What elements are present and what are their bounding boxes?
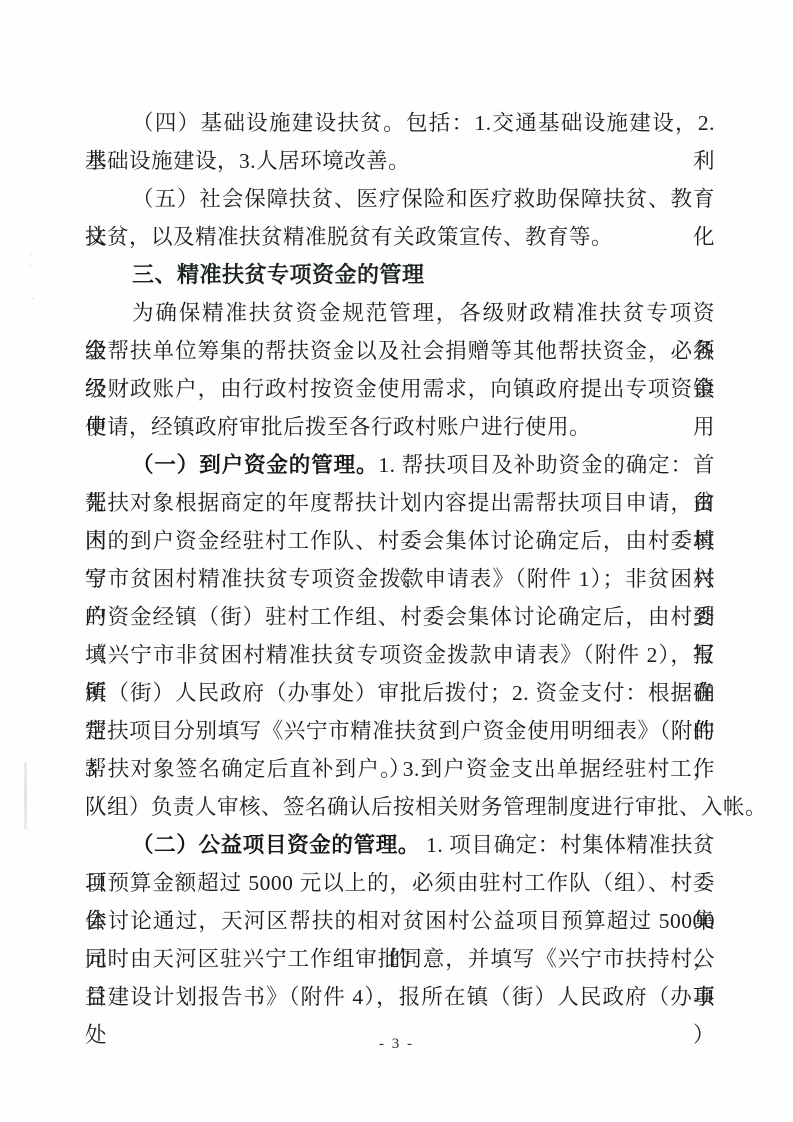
document-line: 户资金经镇（街）驻村工作组、村委会集体讨论确定后，由村委填写: [85, 598, 715, 636]
document-line: （一）到户资金的管理。1. 帮扶项目及补助资金的确定：首先由: [85, 446, 715, 484]
document-page: ´̣ ` （四）基础设施建设扶贫。包括：1.交通基础设施建设，2.水利基础设施建…: [0, 0, 793, 1122]
document-line: （组）负责人审核、签名确认后按相关财务管理制度进行审批、入帐。: [85, 788, 715, 826]
document-line: 级财政账户，由行政村按资金使用需求，向镇政府提出专项资金使用: [85, 370, 715, 408]
scan-artifact: ´̣: [27, 252, 33, 266]
document-line: 内的到户资金经驻村工作队、村委会集体讨论确定后，由村委填写《兴: [85, 522, 715, 560]
section-heading: 三、精准扶贫专项资金的管理: [85, 256, 715, 294]
document-line: （二）公益项目资金的管理。 1. 项目确定：村集体精准扶贫项: [85, 826, 715, 864]
document-line: 体讨论通过，天河区帮扶的相对贫困村公益项目预算超过 50000 元的，: [85, 902, 715, 940]
document-line: 目建设计划报告书》（附件 4），报所在镇（街）人民政府（办事处）: [85, 978, 715, 1016]
document-line: （五）社会保障扶贫、医疗保险和医疗救助保障扶贫、教育文化: [85, 180, 715, 218]
bold-lead: （二）公益项目资金的管理。: [132, 833, 420, 857]
text-block: （四）基础设施建设扶贫。包括：1.交通基础设施建设，2.水利基础设施建设，3.人…: [85, 104, 715, 1016]
document-line: （四）基础设施建设扶贫。包括：1.交通基础设施建设，2.水利: [85, 104, 715, 142]
document-line: 帮扶对象签名确定后直补到户。3.到户资金支出单据经驻村工作队: [85, 750, 715, 788]
page-number: - 3 -: [0, 1036, 793, 1053]
document-line: 同时由天河区驻兴宁工作组审批同意，并填写《兴宁市扶持村公益项: [85, 940, 715, 978]
document-line: 宁市贫困村精准扶贫专项资金拨款申请表》（附件 1）；非贫困村的到: [85, 560, 715, 598]
document-line: 镇（街）人民政府（办事处）审批后拨付；2. 资金支付：根据确定的: [85, 674, 715, 712]
document-line: 帮扶项目分别填写《兴宁市精准扶贫到户资金使用明细表》（附件 3），: [85, 712, 715, 750]
document-line: 级帮扶单位筹集的帮扶资金以及社会捐赠等其他帮扶资金，必须经镇: [85, 332, 715, 370]
scan-artifact: `: [30, 296, 36, 310]
scan-artifact: [24, 762, 27, 830]
document-line: 帮扶对象根据商定的年度帮扶计划内容提出需帮扶项目申请，贫困村: [85, 484, 715, 522]
document-line: 《兴宁市非贫困村精准扶贫专项资金拨款申请表》（附件 2），报所在: [85, 636, 715, 674]
document-line: 为确保精准扶贫资金规范管理，各级财政精准扶贫专项资金、各: [85, 294, 715, 332]
document-line: 目预算金额超过 5000 元以上的，必须由驻村工作队（组）、村委会集: [85, 864, 715, 902]
bold-lead: （一）到户资金的管理。: [132, 453, 378, 477]
